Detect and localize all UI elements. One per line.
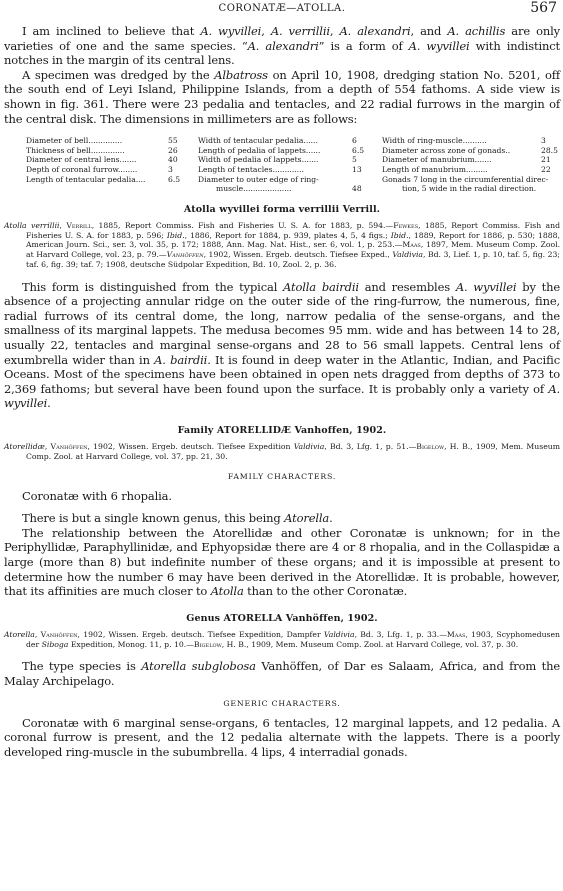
dimension-row: Length of manubrium.........22: [382, 165, 563, 175]
citation-verrillii: Atolla verrillii, Verrill, 1885, Report …: [4, 221, 560, 270]
dimensions-column-1: Diameter of bell..............55 Thickne…: [4, 136, 190, 194]
dimension-row: Width of pedalia of lappets.......5: [198, 155, 374, 165]
dimension-row: Length of pedalia of lappets......6.5: [198, 146, 374, 156]
dimension-row: Diameter of bell..............55: [26, 136, 190, 146]
dimension-row: Diameter of manubrium.......21: [382, 155, 563, 165]
dimension-row: Width of ring-muscle..........3: [382, 136, 563, 146]
document-page: CORONATÆ—ATOLLA. 567 I am inclined to be…: [0, 0, 563, 891]
dimensions-table: Diameter of bell..............55 Thickne…: [4, 136, 560, 194]
dimension-row: Diameter of central lens.......40: [26, 155, 190, 165]
citation-atorella: Atorella, Vanhöffen, 1902, Wissen. Ergeb…: [4, 630, 560, 650]
dimensions-column-2: Width of tentacular pedalia......6 Lengt…: [194, 136, 374, 194]
dimension-row: Diameter across zone of gonads..28.5: [382, 146, 563, 156]
paragraph-relationship: The relationship between the Atorellidæ …: [4, 526, 560, 599]
dimension-row: Length of tentacles.............13: [198, 165, 374, 175]
dimension-row: muscle....................48: [198, 184, 374, 194]
heading-generic-characters: GENERIC CHARACTERS.: [4, 699, 560, 708]
gonads-note: Gonads 7 long in the circumferential dir…: [382, 175, 563, 194]
paragraph-single-genus: There is but a single known genus, this …: [4, 511, 560, 526]
paragraph-verrillii-description: This form is distinguished from the typi…: [4, 280, 560, 411]
dimension-row: Depth of coronal furrow........3: [26, 165, 190, 175]
paragraph-family-characters: Coronatæ with 6 rhopalia.: [4, 489, 560, 504]
heading-family-characters: FAMILY CHARACTERS.: [4, 472, 560, 481]
dimension-row: Length of tentacular pedalia....6.5: [26, 175, 190, 185]
running-head-title: CORONATÆ—ATOLLA.: [4, 3, 560, 14]
citation-atorellidae: Atorellidæ, Vanhöffen, 1902, Wissen. Erg…: [4, 442, 560, 462]
paragraph-specimen: A specimen was dredged by the Albatross …: [4, 68, 560, 126]
page-number: 567: [530, 0, 557, 16]
dimension-row: Diameter to outer edge of ring-: [198, 175, 374, 185]
dimensions-column-3: Width of ring-muscle..........3 Diameter…: [378, 136, 563, 194]
dimension-row: Thickness of bell..............26: [26, 146, 190, 156]
heading-genus-atorella: Genus ATORELLA Vanhöffen, 1902.: [4, 613, 560, 624]
paragraph-type-species: The type species is Atorella subglobosa …: [4, 659, 560, 688]
paragraph-varieties: I am inclined to believe that A. wyville…: [4, 24, 560, 68]
paragraph-generic-characters: Coronatæ with 6 marginal sense-organs, 6…: [4, 716, 560, 760]
running-head: CORONATÆ—ATOLLA. 567: [4, 0, 560, 20]
heading-family-atorellidae: Family ATORELLIDÆ Vanhoffen, 1902.: [4, 425, 560, 436]
heading-verrillii: Atolla wyvillei forma verrillii Verrill.: [4, 204, 560, 215]
dimension-row: Width of tentacular pedalia......6: [198, 136, 374, 146]
